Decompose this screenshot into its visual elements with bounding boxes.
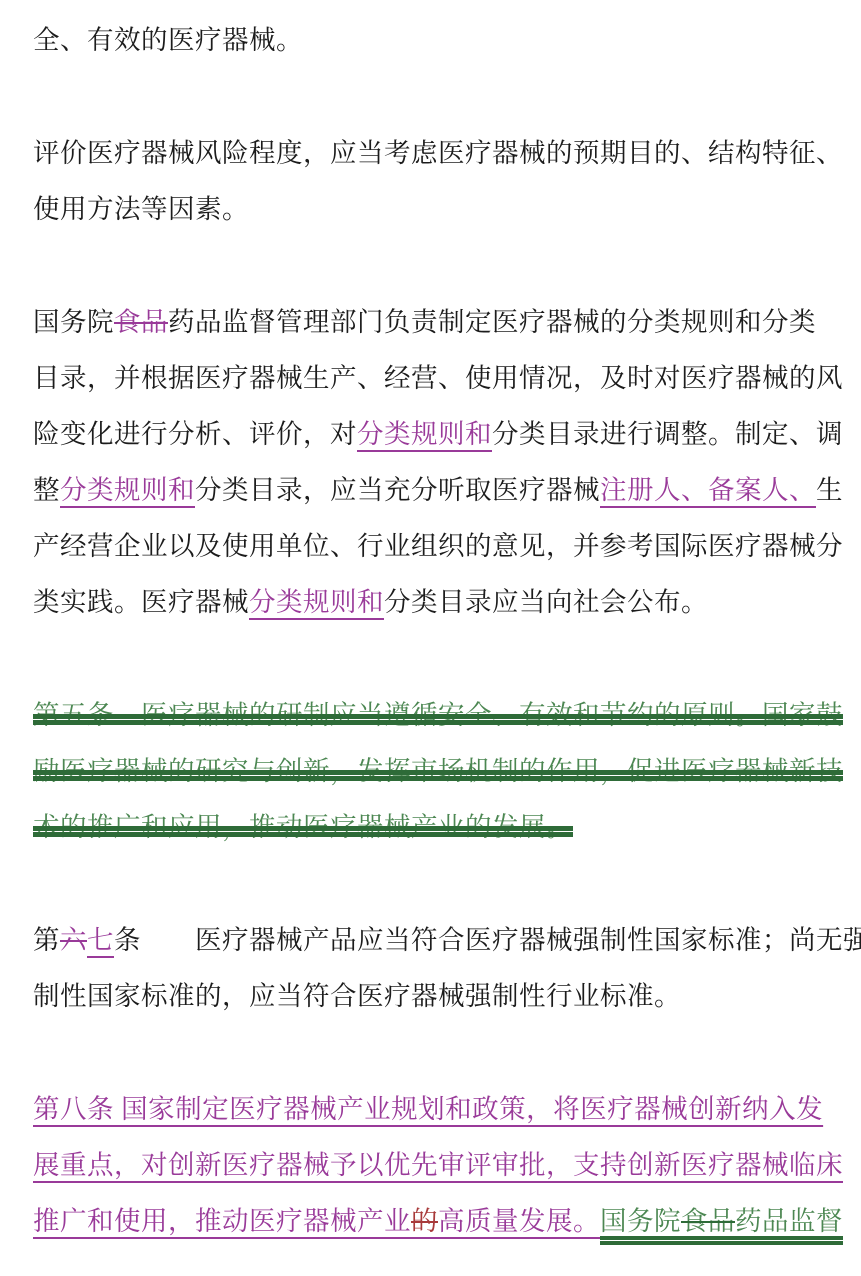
text-line: 险变化进行分析、评价，对分类规则和分类目录进行调整。制定、调: [33, 406, 837, 462]
text-line: 使用方法等因素。: [33, 181, 837, 237]
inserted-text: 七: [87, 925, 114, 955]
text-line: 类实践。医疗器械分类规则和分类目录应当向社会公布。: [33, 574, 837, 630]
moved-from-text: 第五条 医疗器械的研制应当遵循安全、有效和节约的原则。国家鼓: [33, 700, 843, 730]
body-text: 国务院: [33, 307, 114, 337]
inserted-text: 第八条 国家制定医疗器械产业规划和政策，将医疗器械创新纳入发: [33, 1094, 823, 1124]
deleted-text-in-insertion: 的: [411, 1206, 438, 1236]
inserted-text: 分类规则和: [357, 419, 492, 449]
moved-to-text: 国务院: [600, 1206, 681, 1236]
paragraph-2: 评价医疗器械风险程度，应当考虑医疗器械的预期目的、结构特征、使用方法等因素。: [33, 125, 837, 237]
body-text: 分类目录进行调整。制定、调: [492, 419, 843, 449]
text-line: 第六七条 医疗器械产品应当符合医疗器械强制性国家标准；尚无强: [33, 912, 837, 968]
deleted-text-in-move: 食品: [681, 1206, 735, 1236]
document-page: 全、有效的医疗器械。评价医疗器械风险程度，应当考虑医疗器械的预期目的、结构特征、…: [0, 0, 861, 1276]
body-text: 评价医疗器械风险程度，应当考虑医疗器械的预期目的、结构特征、: [33, 138, 843, 168]
document-body: 全、有效的医疗器械。评价医疗器械风险程度，应当考虑医疗器械的预期目的、结构特征、…: [33, 12, 837, 1249]
inserted-text: 推广和使用，推动医疗器械产业: [33, 1206, 411, 1236]
body-text: 险变化进行分析、评价，对: [33, 419, 357, 449]
text-line: 目录，并根据医疗器械生产、经营、使用情况，及时对医疗器械的风: [33, 350, 837, 406]
text-line: 制性国家标准的，应当符合医疗器械强制性行业标准。: [33, 968, 837, 1024]
paragraph-3: 国务院食品药品监督管理部门负责制定医疗器械的分类规则和分类目录，并根据医疗器械生…: [33, 294, 837, 630]
body-text: 药品监督管理部门负责制定医疗器械的分类规则和分类: [168, 307, 816, 337]
paragraph-6: 第八条 国家制定医疗器械产业规划和政策，将医疗器械创新纳入发展重点，对创新医疗器…: [33, 1081, 837, 1249]
text-line: 励医疗器械的研究与创新，发挥市场机制的作用，促进医疗器械新技: [33, 743, 837, 799]
text-line: 术的推广和应用，推动医疗器械产业的发展。: [33, 799, 837, 855]
body-text: 产经营企业以及使用单位、行业组织的意见，并参考国际医疗器械分: [33, 531, 843, 561]
inserted-text: 高质量发展。: [438, 1206, 600, 1236]
body-text: 生: [816, 475, 843, 505]
deleted-text-in-move: 食品: [681, 1206, 735, 1236]
paragraph-4: 第五条 医疗器械的研制应当遵循安全、有效和节约的原则。国家鼓励医疗器械的研究与创…: [33, 687, 837, 855]
text-line: 评价医疗器械风险程度，应当考虑医疗器械的预期目的、结构特征、: [33, 125, 837, 181]
moved-from-text: 术的推广和应用，推动医疗器械产业的发展。: [33, 812, 573, 842]
text-line: 全、有效的医疗器械。: [33, 12, 837, 68]
body-text: 第: [33, 925, 60, 955]
body-text: 类实践。医疗器械: [33, 587, 249, 617]
text-line: 展重点，对创新医疗器械予以优先审评审批，支持创新医疗器械临床: [33, 1137, 837, 1193]
deleted-text: 六: [60, 925, 87, 955]
body-text: 制性国家标准的，应当符合医疗器械强制性行业标准。: [33, 981, 681, 1011]
inserted-text: 分类规则和: [60, 475, 195, 505]
text-line: 推广和使用，推动医疗器械产业的高质量发展。国务院食品药品监督: [33, 1193, 837, 1249]
body-text: 分类目录，应当充分听取医疗器械: [195, 475, 600, 505]
text-line: 国务院食品药品监督管理部门负责制定医疗器械的分类规则和分类: [33, 294, 837, 350]
text-line: 产经营企业以及使用单位、行业组织的意见，并参考国际医疗器械分: [33, 518, 837, 574]
body-text: 全、有效的医疗器械。: [33, 25, 303, 55]
inserted-text: 注册人、备案人、: [600, 475, 816, 505]
moved-to-text: 药品监督: [735, 1206, 843, 1236]
body-text: 目录，并根据医疗器械生产、经营、使用情况，及时对医疗器械的风: [33, 363, 843, 393]
body-text: 条 医疗器械产品应当符合医疗器械强制性国家标准；尚无强: [114, 925, 861, 955]
paragraph-5: 第六七条 医疗器械产品应当符合医疗器械强制性国家标准；尚无强制性国家标准的，应当…: [33, 912, 837, 1024]
text-line: 第五条 医疗器械的研制应当遵循安全、有效和节约的原则。国家鼓: [33, 687, 837, 743]
body-text: 整: [33, 475, 60, 505]
inserted-text: 分类规则和: [249, 587, 384, 617]
deleted-text-in-insertion: 的: [411, 1206, 438, 1236]
deleted-text: 食品: [114, 307, 168, 337]
moved-from-text: 励医疗器械的研究与创新，发挥市场机制的作用，促进医疗器械新技: [33, 756, 843, 786]
paragraph-1: 全、有效的医疗器械。: [33, 12, 837, 68]
text-line: 第八条 国家制定医疗器械产业规划和政策，将医疗器械创新纳入发: [33, 1081, 837, 1137]
body-text: 使用方法等因素。: [33, 194, 249, 224]
inserted-text: 展重点，对创新医疗器械予以优先审评审批，支持创新医疗器械临床: [33, 1150, 843, 1180]
text-line: 整分类规则和分类目录，应当充分听取医疗器械注册人、备案人、生: [33, 462, 837, 518]
body-text: 分类目录应当向社会公布。: [384, 587, 708, 617]
